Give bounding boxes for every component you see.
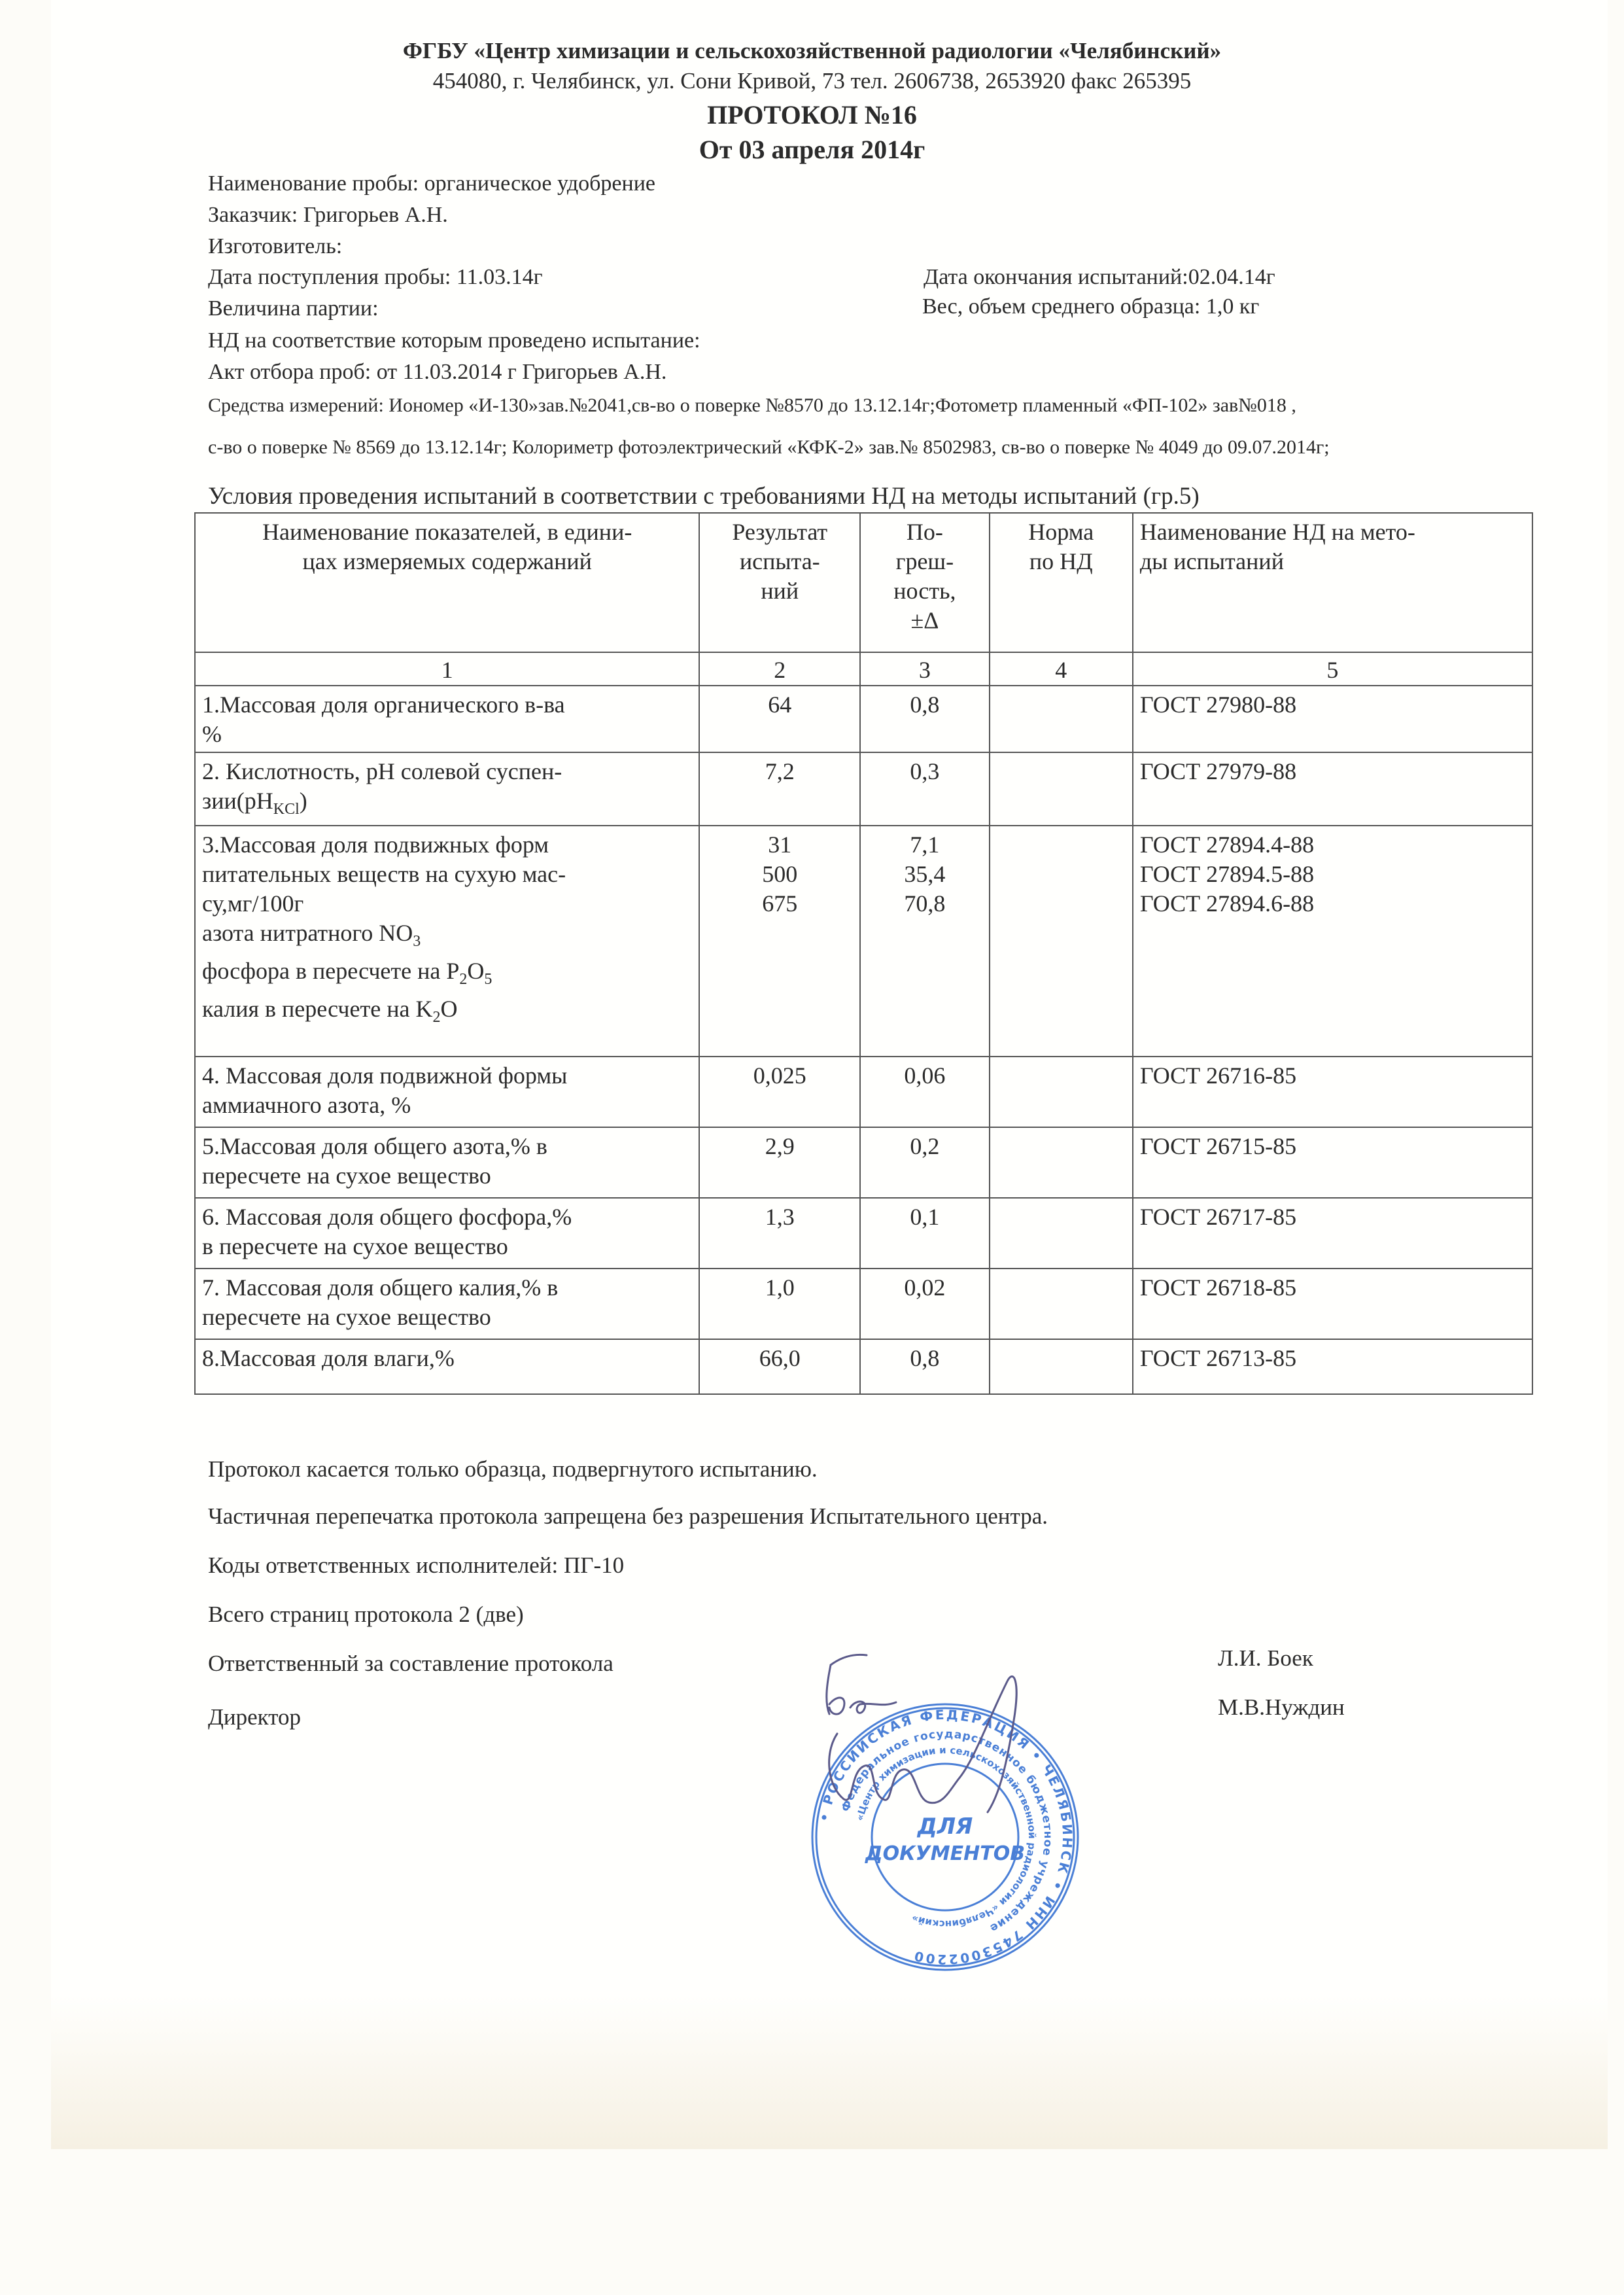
executor-codes: Коды ответственных исполнителей: ПГ-10 <box>208 1552 624 1579</box>
method-standards: ГОСТ 27894.4-88 ГОСТ 27894.5-88 ГОСТ 278… <box>1133 826 1532 1057</box>
director-label: Директор <box>208 1704 301 1730</box>
table-row: 1.Массовая доля органического в-ва% 64 0… <box>195 686 1532 752</box>
result-values: 31 500 675 <box>699 826 860 1057</box>
test-end-date: Дата окончания испытаний:02.04.14г <box>924 265 1275 290</box>
indicator-name: 5.Массовая доля общего азота,% впересчет… <box>195 1127 699 1198</box>
method-standard: ГОСТ 26713-85 <box>1133 1339 1532 1394</box>
customer: Заказчик: Григорьев А.Н. <box>208 203 448 228</box>
table-row: 7. Массовая доля общего калия,% впересче… <box>195 1269 1532 1339</box>
result-value: 64 <box>699 686 860 752</box>
result-value: 0,025 <box>699 1057 860 1127</box>
norm-value <box>990 1127 1133 1198</box>
error-value: 0,8 <box>860 686 990 752</box>
receipt-date: Дата поступления пробы: 11.03.14г <box>208 265 543 290</box>
normative-document: НД на соответствие которым проведено исп… <box>208 328 700 353</box>
instruments-line-2: с-во о поверке № 8569 до 13.12.14г; Коло… <box>208 436 1330 459</box>
page-count: Всего страниц протокола 2 (две) <box>208 1602 524 1628</box>
instruments-line-1: Средства измерений: Иономер «И-130»зав.№… <box>208 394 1296 417</box>
responsible-label: Ответственный за составление протокола <box>208 1651 613 1677</box>
result-value: 1,0 <box>699 1269 860 1339</box>
sub-indicator: азота нитратного NO3 <box>202 919 692 956</box>
indicator-name: 3.Массовая доля подвижных формпитательны… <box>195 826 699 1057</box>
norm-value <box>990 686 1133 752</box>
indicator-name: 7. Массовая доля общего калия,% впересче… <box>195 1269 699 1339</box>
column-number: 4 <box>990 652 1133 686</box>
table-row: 3.Массовая доля подвижных формпитательны… <box>195 826 1532 1057</box>
error-value: 0,1 <box>860 1198 990 1269</box>
norm-value <box>990 1269 1133 1339</box>
norm-value <box>990 826 1133 1057</box>
paper-shading <box>51 1995 1608 2149</box>
table-row: 4. Массовая доля подвижной формыаммиачно… <box>195 1057 1532 1127</box>
responsible-name: Л.И. Боек <box>1218 1645 1313 1672</box>
protocol-date: От 03 апреля 2014г <box>0 134 1624 165</box>
header-method: Наименование НД на мето-ды испытаний <box>1133 513 1532 652</box>
table-row: 8.Массовая доля влаги,% 66,0 0,8 ГОСТ 26… <box>195 1339 1532 1394</box>
sample-weight: Вес, объем среднего образца: 1,0 кг <box>922 294 1259 319</box>
error-value: 0,8 <box>860 1339 990 1394</box>
error-value: 0,2 <box>860 1127 990 1198</box>
column-number: 1 <box>195 652 699 686</box>
norm-value <box>990 1339 1133 1394</box>
result-value: 1,3 <box>699 1198 860 1269</box>
sampling-act: Акт отбора проб: от 11.03.2014 г Григорь… <box>208 360 666 385</box>
director-name: М.В.Нуждин <box>1218 1694 1345 1721</box>
manufacturer: Изготовитель: <box>208 234 342 259</box>
header-norm: Нормапо НД <box>990 513 1133 652</box>
organization-name: ФГБУ «Центр химизации и сельскохозяйстве… <box>0 38 1624 64</box>
norm-value <box>990 752 1133 826</box>
column-number: 3 <box>860 652 990 686</box>
footer-note-reprint: Частичная перепечатка протокола запрещен… <box>208 1503 1048 1530</box>
signature-icon <box>818 1642 1092 1865</box>
column-number: 5 <box>1133 652 1532 686</box>
method-standard: ГОСТ 26717-85 <box>1133 1198 1532 1269</box>
batch-size: Величина партии: <box>208 296 379 321</box>
indicator-name: 4. Массовая доля подвижной формыаммиачно… <box>195 1057 699 1127</box>
error-value: 0,02 <box>860 1269 990 1339</box>
sub-indicator: калия в пересчете на K2O <box>202 994 692 1032</box>
sample-name: Наименование пробы: органическое удобрен… <box>208 171 655 196</box>
indicator-name: 2. Кислотность, рН солевой суспен-зии(рН… <box>195 752 699 826</box>
organization-address: 454080, г. Челябинск, ул. Сони Кривой, 7… <box>0 68 1624 94</box>
column-number: 2 <box>699 652 860 686</box>
sub-indicator: фосфора в пересчете на P2O5 <box>202 956 692 994</box>
protocol-title: ПРОТОКОЛ №16 <box>0 99 1624 130</box>
method-standard: ГОСТ 27979-88 <box>1133 752 1532 826</box>
method-standard: ГОСТ 26718-85 <box>1133 1269 1532 1339</box>
header-indicator: Наименование показателей, в едини-цах из… <box>195 513 699 652</box>
table-row: 5.Массовая доля общего азота,% впересчет… <box>195 1127 1532 1198</box>
table-row: 2. Кислотность, рН солевой суспен-зии(рН… <box>195 752 1532 826</box>
indicator-name: 6. Массовая доля общего фосфора,%в перес… <box>195 1198 699 1269</box>
indicator-name: 1.Массовая доля органического в-ва% <box>195 686 699 752</box>
norm-value <box>990 1057 1133 1127</box>
test-conditions: Условия проведения испытаний в соответст… <box>208 482 1200 510</box>
result-value: 7,2 <box>699 752 860 826</box>
result-value: 2,9 <box>699 1127 860 1198</box>
indicator-name: 8.Массовая доля влаги,% <box>195 1339 699 1394</box>
error-values: 7,1 35,4 70,8 <box>860 826 990 1057</box>
method-standard: ГОСТ 26715-85 <box>1133 1127 1532 1198</box>
norm-value <box>990 1198 1133 1269</box>
column-number-row: 1 2 3 4 5 <box>195 652 1532 686</box>
header-result: Результатиспыта-ний <box>699 513 860 652</box>
method-standard: ГОСТ 26716-85 <box>1133 1057 1532 1127</box>
method-standard: ГОСТ 27980-88 <box>1133 686 1532 752</box>
results-table: Наименование показателей, в едини-цах из… <box>194 512 1533 1395</box>
result-value: 66,0 <box>699 1339 860 1394</box>
table-row: 6. Массовая доля общего фосфора,%в перес… <box>195 1198 1532 1269</box>
header-error: По-греш-ность,±Δ <box>860 513 990 652</box>
table-header-row: Наименование показателей, в едини-цах из… <box>195 513 1532 652</box>
footer-note-sample: Протокол касается только образца, подвер… <box>208 1456 818 1482</box>
error-value: 0,3 <box>860 752 990 826</box>
error-value: 0,06 <box>860 1057 990 1127</box>
